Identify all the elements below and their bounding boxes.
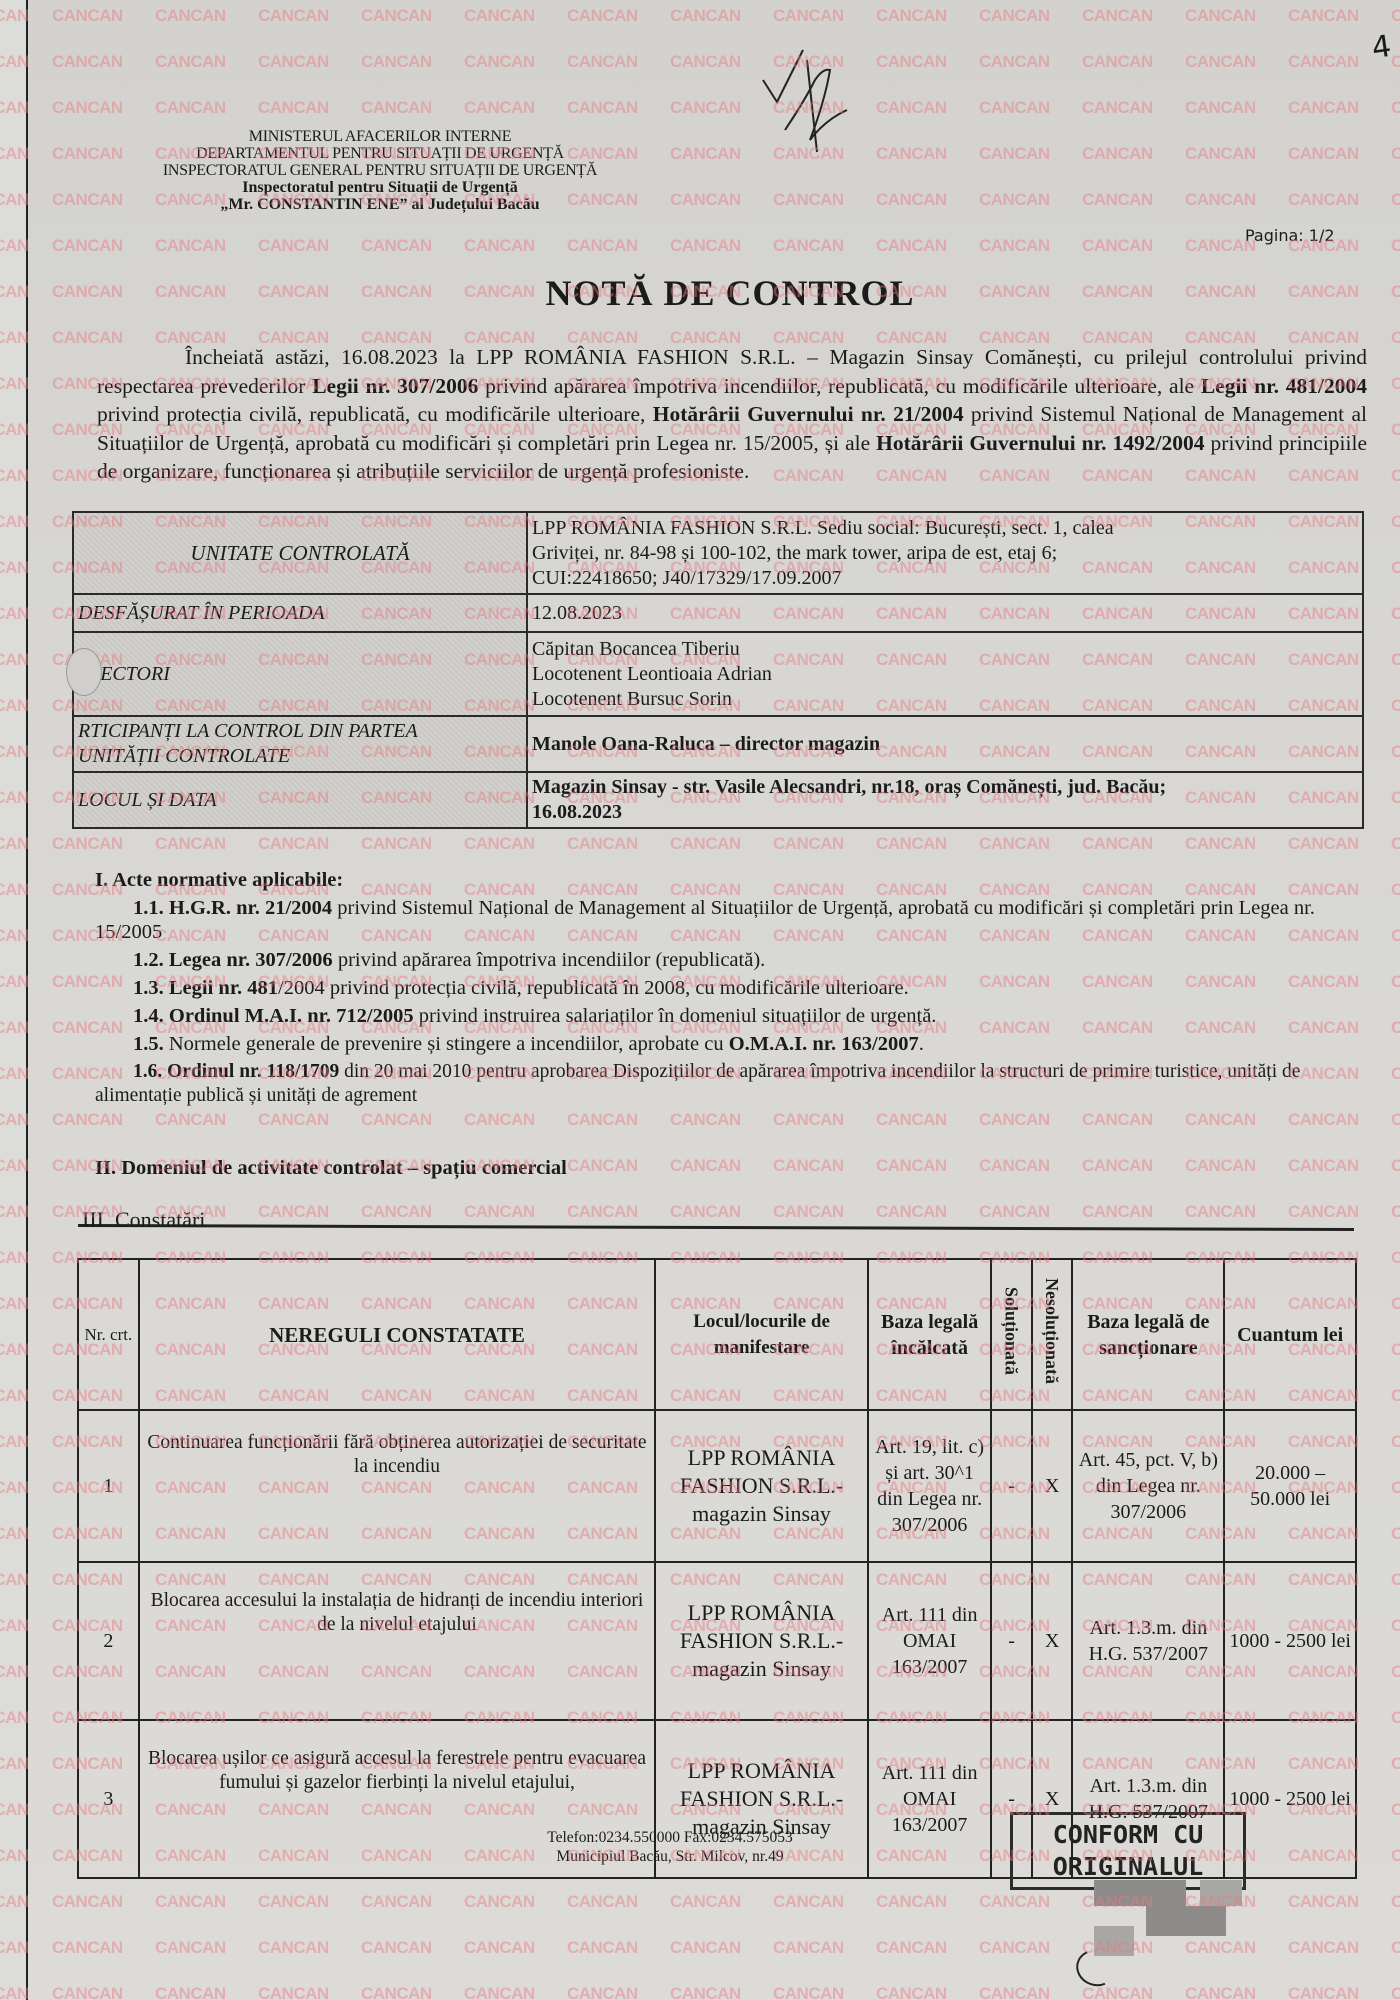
signature-initials-icon [755, 40, 865, 160]
cell-baza-incalcata: Art. 19, lit. c) și art. 30^1 din Legea … [868, 1410, 992, 1562]
section-title: III. Constatări [82, 1208, 1352, 1232]
info-label: SPECTORI [73, 632, 527, 716]
cell-nesolutionata: X [1032, 1410, 1073, 1562]
act-text: privind apărarea împotriva incendiilor (… [333, 949, 766, 971]
department-name: DEPARTAMENTUL PENTRU SITUAȚII DE URGENȚĂ [110, 145, 650, 162]
act-text: . [919, 1033, 924, 1055]
redacted-signature-block [1200, 1880, 1242, 1906]
act-item: 1.6. Ordinul nr. 118/1709 din 20 mai 201… [95, 1060, 1365, 1108]
intro-law-ref: Hotărârii Guvernului nr. 1492/2004 [876, 431, 1204, 455]
info-value: Manole Oana-Raluca – director magazin [527, 716, 1363, 772]
intro-text: privind protecția civilă, republicată, c… [97, 402, 653, 426]
general-inspectorate-name: INSPECTORATUL GENERAL PENTRU SITUAȚII DE… [110, 162, 650, 179]
cell-locul: LPP ROMÂNIA FASHION S.R.L.- magazin Sins… [655, 1410, 868, 1562]
act-ref: Ordinul M.A.I. nr. 712/2005 [169, 1005, 414, 1027]
cell-nereguli: Blocarea accesului la instalația de hidr… [139, 1562, 655, 1720]
cell-baza-sanctionare: Art. 45, pct. V, b) din Legea nr. 307/20… [1072, 1410, 1224, 1562]
cell-baza-incalcata: Art. 111 din OMAI 163/2007 [868, 1720, 992, 1878]
intro-paragraph: Încheiată astăzi, 16.08.2023 la LPP ROMÂ… [97, 343, 1367, 486]
col-header-nr: Nr. crt. [78, 1259, 139, 1410]
act-ref: Legii nr. 481 [169, 977, 278, 999]
info-value-line: Magazin Sinsay - str. Vasile Alecsandri,… [532, 775, 1358, 800]
inspector-name: Locotenent Leontioaia Adrian [532, 662, 1358, 687]
table-row: 1 Continuarea funcționării fără obținere… [78, 1410, 1356, 1562]
redacted-signature-block [1146, 1906, 1226, 1936]
cell-cuantum: 1000 - 2500 lei [1224, 1562, 1356, 1720]
act-item: 1.1. H.G.R. nr. 21/2004 privind Sistemul… [95, 896, 1365, 944]
cell-locul: LPP ROMÂNIA FASHION S.R.L.- magazin Sins… [655, 1562, 868, 1720]
cell-nr: 1 [78, 1410, 139, 1562]
info-row-place-date: LOCUL ȘI DATA Magazin Sinsay - str. Vasi… [73, 772, 1363, 828]
cell-cuantum: 20.000 – 50.000 lei [1224, 1410, 1356, 1562]
act-text: privind instruirea salariaților în domen… [414, 1005, 937, 1027]
section-findings: III. Constatări [82, 1208, 1352, 1232]
section-applicable-acts: I. Acte normative aplicabile: 1.1. H.G.R… [95, 868, 1365, 1108]
col-header-baza-sanctionare: Baza legală de sancționare [1072, 1259, 1224, 1410]
info-label: RTICIPANȚI LA CONTROL DIN PARTEA UNITĂȚI… [73, 716, 527, 772]
info-label: UNITATE CONTROLATĂ [73, 512, 527, 594]
act-item: 1.2. Legea nr. 307/2006 privind apărarea… [95, 948, 1365, 972]
act-ref: H.G.R. nr. 21/2004 [169, 897, 332, 919]
cell-solutionata: - [991, 1562, 1032, 1720]
info-row-period: DESFĂȘURAT ÎN PERIOADA 12.08.2023 [73, 594, 1363, 632]
document-title: NOTĂ DE CONTROL [0, 272, 1400, 314]
col-header-nereguli: NEREGULI CONSTATATE [139, 1259, 655, 1410]
info-value: Căpitan Bocancea Tiberiu Locotenent Leon… [527, 632, 1363, 716]
info-value-line: LPP ROMÂNIA FASHION S.R.L. Sediu social:… [532, 516, 1358, 541]
local-inspectorate-name: Inspectoratul pentru Situații de Urgență [110, 179, 650, 196]
cell-baza-sanctionare: Art. 1.3.m. din H.G. 537/2007 [1072, 1562, 1224, 1720]
info-value-line: CUI:22418650; J40/17329/17.09.2007 [532, 566, 1358, 591]
info-row-participants: RTICIPANȚI LA CONTROL DIN PARTEA UNITĂȚI… [73, 716, 1363, 772]
act-number: 1.5. [133, 1033, 164, 1055]
stamp-line: CONFORM CU [1013, 1819, 1243, 1851]
redacted-signature-block [1094, 1880, 1186, 1906]
info-row-unit: UNITATE CONTROLATĂ LPP ROMÂNIA FASHION S… [73, 512, 1363, 594]
cell-nr: 3 [78, 1720, 139, 1878]
act-number: 1.3. [133, 977, 164, 999]
col-header-locul: Locul/locurile de manifestare [655, 1259, 868, 1410]
info-value-line: Griviței, nr. 84-98 și 100-102, the mark… [532, 541, 1358, 566]
col-header-text: Soluționată [1002, 1287, 1022, 1375]
info-label-line: UNITĂȚII CONTROLATE [78, 744, 522, 769]
act-ref: Legea nr. 307/2006 [169, 949, 333, 971]
cell-baza-incalcata: Art. 111 din OMAI 163/2007 [868, 1562, 992, 1720]
act-ref: Ordinul nr. 118/1709 [167, 1061, 339, 1082]
inspectorate-honorific: „Mr. CONSTANTIN ENE” al Județului Bacău [110, 196, 650, 213]
ministry-name: MINISTERUL AFACERILOR INTERNE [110, 128, 650, 145]
intro-law-ref: Hotărârii Guvernului nr. 21/2004 [653, 402, 964, 426]
cell-nereguli: Continuarea funcționării fără obținerea … [139, 1410, 655, 1562]
info-value: LPP ROMÂNIA FASHION S.R.L. Sediu social:… [527, 512, 1363, 594]
info-label: LOCUL ȘI DATA [73, 772, 527, 828]
info-value: Magazin Sinsay - str. Vasile Alecsandri,… [527, 772, 1363, 828]
cell-nesolutionata: X [1032, 1562, 1073, 1720]
col-header-text: Nesoluționată [1042, 1278, 1062, 1384]
act-text: Normele generale de prevenire și stinger… [164, 1033, 729, 1055]
findings-header-row: Nr. crt. NEREGULI CONSTATATE Locul/locur… [78, 1259, 1356, 1410]
info-value: 12.08.2023 [527, 594, 1363, 632]
punch-hole-mark [66, 648, 102, 696]
info-value-line: 16.08.2023 [532, 800, 1358, 825]
col-header-baza-incalcata: Baza legală încălcată [868, 1259, 992, 1410]
act-item: 1.5. Normele generale de prevenire și st… [95, 1032, 1365, 1056]
certified-copy-stamp: CONFORM CU ORIGINALUL [1010, 1812, 1246, 1890]
stamp-line: ORIGINALUL [1013, 1851, 1243, 1883]
info-row-inspectors: SPECTORI Căpitan Bocancea Tiberiu Locote… [73, 632, 1363, 716]
section-title: II. Domeniul de activitate controlat – s… [95, 1156, 1365, 1180]
findings-table: Nr. crt. NEREGULI CONSTATATE Locul/locur… [77, 1258, 1357, 1879]
cell-nr: 2 [78, 1562, 139, 1720]
act-ref: O.M.A.I. nr. 163/2007 [729, 1033, 919, 1055]
act-item: 1.4. Ordinul M.A.I. nr. 712/2005 privind… [95, 1004, 1365, 1028]
control-info-table: UNITATE CONTROLATĂ LPP ROMÂNIA FASHION S… [72, 511, 1364, 829]
col-header-cuantum: Cuantum lei [1224, 1259, 1356, 1410]
act-number: 1.2. [133, 949, 164, 971]
intro-law-ref: Legii nr. 481/2004 [1201, 374, 1367, 398]
col-header-solutionata: Soluționată [991, 1259, 1032, 1410]
intro-law-ref: Legii nr. 307/2006 [312, 374, 478, 398]
inspector-name: Căpitan Bocancea Tiberiu [532, 637, 1358, 662]
act-text: /2004 privind protecția civilă, republic… [278, 977, 909, 999]
col-header-nesolutionata: Nesoluționată [1032, 1259, 1073, 1410]
act-item: 1.3. Legii nr. 481/2004 privind protecți… [95, 976, 1365, 1000]
info-label-line: RTICIPANȚI LA CONTROL DIN PARTEA [78, 719, 522, 744]
section-title: I. Acte normative aplicabile: [95, 868, 1365, 892]
contact-address: Municipiul Bacău, Str. Milcov, nr.49 [520, 1847, 820, 1866]
act-number: 1.6. [133, 1061, 162, 1082]
intro-text: privind apărarea împotriva incendiilor, … [478, 374, 1200, 398]
contact-phone-fax: Telefon:0234.550000 Fax:0234.575053 [520, 1828, 820, 1847]
act-number: 1.1. [133, 897, 164, 919]
info-label: DESFĂȘURAT ÎN PERIOADA [73, 594, 527, 632]
act-number: 1.4. [133, 1005, 164, 1027]
issuer-contact-footer: Telefon:0234.550000 Fax:0234.575053 Muni… [520, 1828, 820, 1866]
section-activity-domain: II. Domeniul de activitate controlat – s… [95, 1156, 1365, 1180]
table-row: 2 Blocarea accesului la instalația de hi… [78, 1562, 1356, 1720]
issuer-header: MINISTERUL AFACERILOR INTERNE DEPARTAMEN… [110, 128, 650, 213]
inspector-name: Locotenent Bursuc Sorin [532, 687, 1358, 712]
page-number: Pagina: 1/2 [1245, 226, 1335, 245]
cell-solutionata: - [991, 1410, 1032, 1562]
